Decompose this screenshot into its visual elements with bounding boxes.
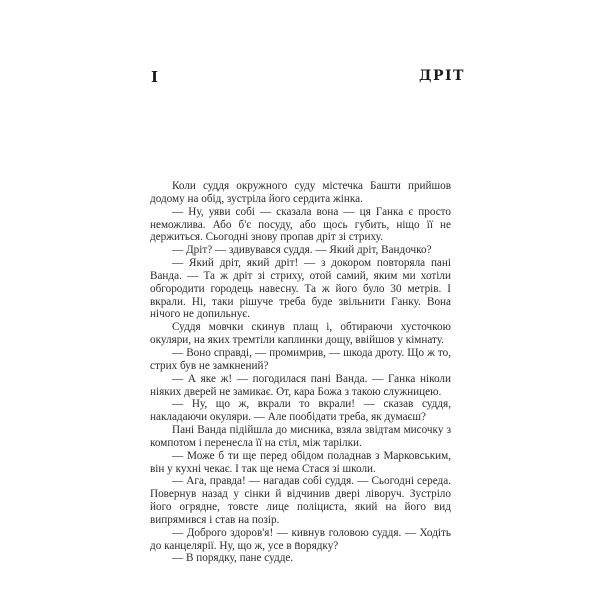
chapter-number: I	[151, 68, 158, 86]
paragraph: Суддя мовчки скинув плащ і, обтираючи ху…	[150, 321, 451, 347]
paragraph: — Ну, що ж, вкрали то вкрали! — сказав с…	[150, 398, 451, 424]
paragraph: — Який дріт, який дріт! — з докором повт…	[150, 257, 451, 321]
paragraph: Коли суддя окружного суду містечка Башти…	[150, 180, 451, 206]
paragraph: — Воно справді, — промимрив, — шкода дро…	[150, 347, 451, 373]
paragraph: — Ну, уяви собі — сказала вона — ця Ганк…	[150, 206, 451, 245]
paragraph: — Доброго здоров'я! — кивнув головою суд…	[150, 527, 451, 553]
paragraph: — Ага, правда! — нагадав собі суддя. — С…	[150, 475, 451, 526]
page-number: 3	[295, 541, 300, 552]
paragraph: — А яке ж! — погодилася пані Ванда. — Га…	[150, 373, 451, 399]
body-text: Коли суддя окружного суду містечка Башти…	[150, 180, 451, 565]
book-page: I ДРІТ Коли суддя окружного суду містечк…	[0, 0, 600, 600]
paragraph: — Може б ти ще перед обідом поладнав з М…	[150, 450, 451, 476]
chapter-title: ДРІТ	[419, 68, 465, 84]
paragraph: Пані Ванда підійшла до мисника, взяла зв…	[150, 424, 451, 450]
paragraph: — Дріт? — здивувався суддя. — Який дріт,…	[150, 244, 451, 257]
paragraph: — В порядку, пане судде.	[150, 552, 451, 565]
